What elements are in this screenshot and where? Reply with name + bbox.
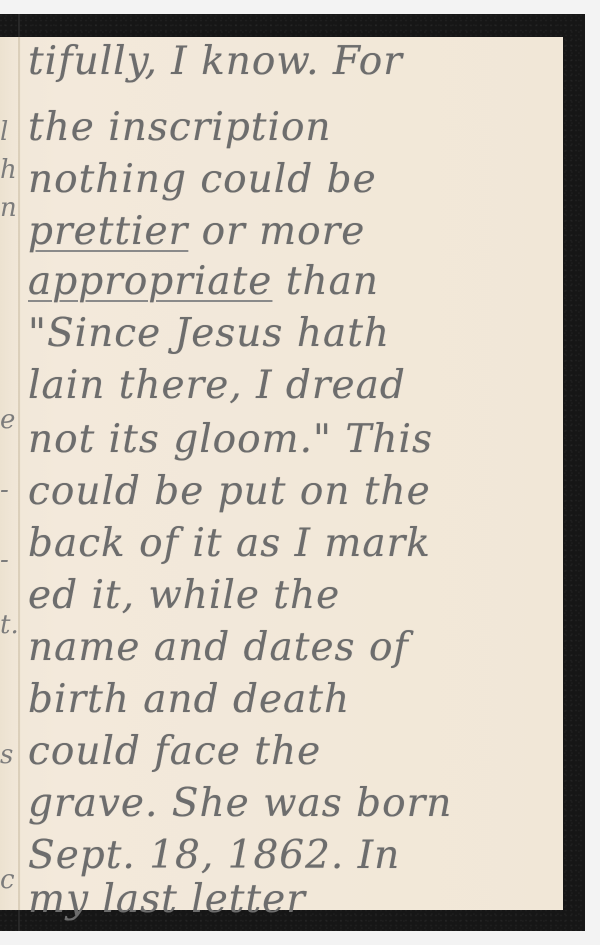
- text-line: nothing could be: [28, 157, 377, 202]
- scanned-letter-page: l h n e - - t. s c tifully, I know. For …: [0, 0, 600, 945]
- text-line: could face the: [28, 729, 321, 774]
- fragment-char: n: [0, 195, 17, 221]
- text-line: back of it as I mark: [28, 521, 431, 566]
- fragment-char: t.: [0, 612, 18, 638]
- text-line: birth and death: [28, 677, 350, 722]
- text-line: the inscription: [28, 105, 332, 150]
- fragment-char: h: [0, 157, 17, 183]
- fragment-char: s: [0, 742, 13, 768]
- text-line: "Since Jesus hath: [28, 311, 390, 356]
- text-line: not its gloom." This: [28, 417, 433, 462]
- handwritten-text: tifully, I know. For the inscription not…: [28, 37, 563, 910]
- fragment-char: e: [0, 407, 15, 433]
- text-line: name and dates of: [28, 625, 409, 670]
- underlined-word: prettier: [28, 209, 188, 254]
- text-line: grave. She was born: [28, 781, 452, 826]
- fold-line: [18, 14, 20, 931]
- text-line: appropriate than: [28, 259, 379, 304]
- text-line: could be put on the: [28, 469, 431, 514]
- text-line: prettier or more: [28, 209, 365, 254]
- text-line: Sept. 18, 1862. In: [28, 833, 400, 878]
- text-line: lain there, I dread: [28, 363, 406, 408]
- text-line: tifully, I know. For: [28, 39, 403, 84]
- previous-page-fragment: l h n e - - t. s c: [0, 37, 18, 910]
- fragment-char: l: [0, 119, 8, 145]
- fragment-char: -: [0, 547, 9, 573]
- fragment-char: c: [0, 867, 15, 893]
- text-line: my last letter: [28, 877, 306, 922]
- fragment-char: -: [0, 477, 9, 503]
- text-line: ed it, while the: [28, 573, 340, 618]
- underlined-word: appropriate: [28, 259, 272, 304]
